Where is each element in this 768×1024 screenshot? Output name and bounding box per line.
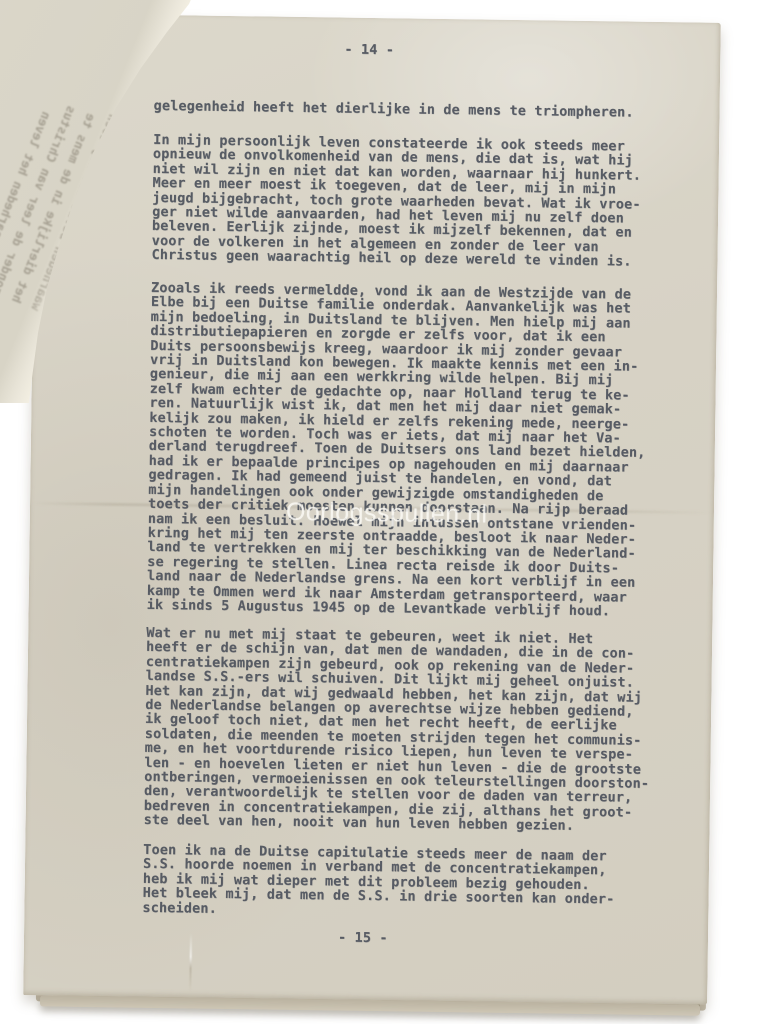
- watermark: Oorlogsspullen.nl: [286, 498, 488, 530]
- document-page: - 14 - gelegenheid heeft het dierlijke i…: [23, 13, 721, 1004]
- paragraph: Wat er nu met mij staat te gebeuren, wee…: [144, 626, 707, 835]
- paragraph: Toen ik na de Duitse capitulatie steeds …: [142, 843, 703, 923]
- paragraph: In mijn persoonlijk leven constateerde i…: [151, 133, 713, 270]
- paragraph: gelegenheid heeft het dierlijke in de me…: [154, 99, 714, 121]
- page-number-bottom: - 15 -: [338, 930, 388, 947]
- paragraph: Zooals ik reeds vermeldde, vond ik aan d…: [147, 281, 712, 620]
- page-number-top: - 14 -: [344, 42, 394, 59]
- text-line: gelegenheid heeft het dierlijke in de me…: [154, 99, 714, 121]
- photo-scene: - 14 - gelegenheid heeft het dierlijke i…: [0, 0, 768, 1024]
